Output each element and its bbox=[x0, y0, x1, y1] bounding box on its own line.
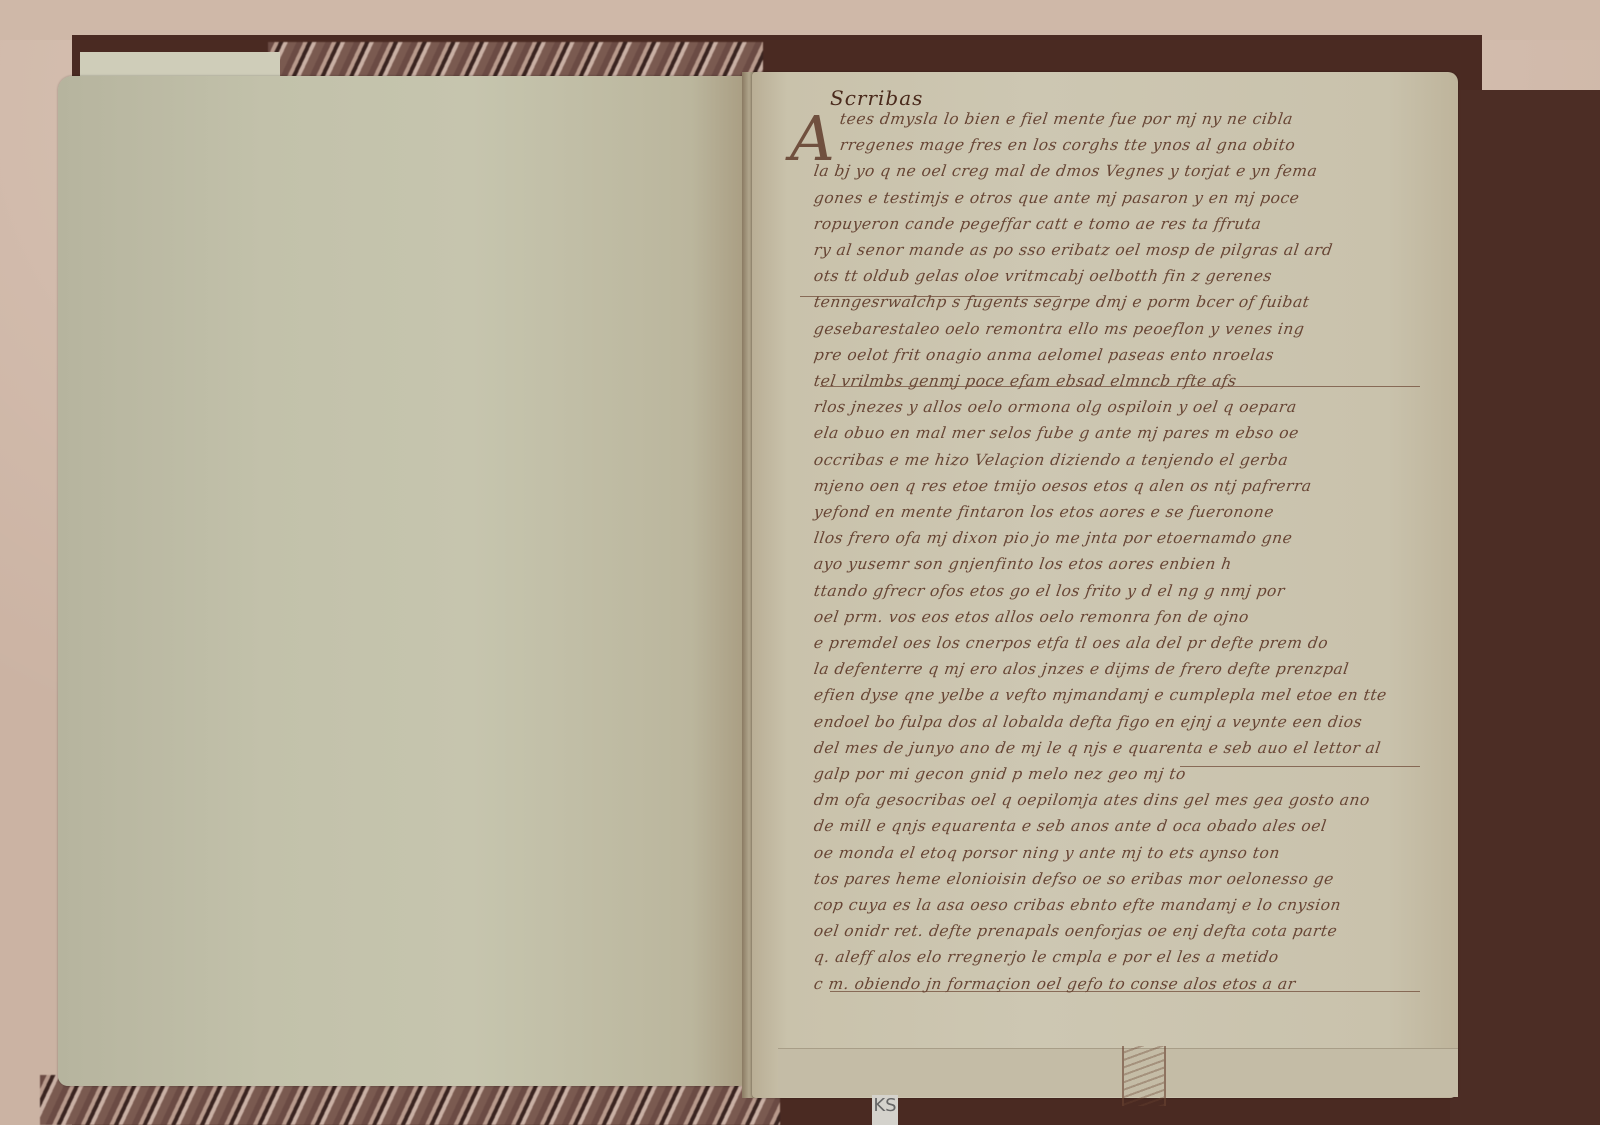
manuscript-line: yefond en mente fintaron los etos aores … bbox=[813, 503, 1276, 521]
flyleaf-strip bbox=[80, 52, 280, 76]
manuscript-line: oel onidr ret. defte prenapals oenforjas… bbox=[813, 922, 1339, 940]
manuscript-line: endoel bo fulpa dos al lobalda defta fig… bbox=[813, 713, 1364, 731]
manuscript-line: occribas e me hizo Velaçion diziendo a t… bbox=[813, 451, 1290, 469]
manuscript-line: ropuyeron cande pegeffar catt e tomo ae … bbox=[813, 215, 1263, 233]
manuscript-line: rregenes mage fres en los corghs tte yno… bbox=[839, 136, 1297, 154]
wall-background bbox=[0, 0, 1600, 40]
page-bottom-edge bbox=[778, 1048, 1458, 1097]
manuscript-line: rlos jnezes y allos oelo ormona olg ospi… bbox=[813, 398, 1298, 416]
manuscript-line: dm ofa gesocribas oel q oepilomja ates d… bbox=[813, 791, 1371, 809]
manuscript-line: tos pares heme elonioisin defso oe so er… bbox=[813, 870, 1335, 888]
manuscript-line: ots tt oldub gelas oloe vritmcabj oelbot… bbox=[813, 267, 1273, 285]
notary-signature-flourish bbox=[1122, 1046, 1166, 1106]
manuscript-heading: Scrribas bbox=[830, 86, 923, 110]
rule-line bbox=[1180, 766, 1420, 767]
rule-line bbox=[800, 296, 1060, 297]
archive-label-tag: KS bbox=[872, 1095, 898, 1125]
manuscript-line: cop cuya es la asa oeso cribas ebnto eft… bbox=[813, 896, 1343, 914]
manuscript-line: pre oelot frit onagio anma aelomel pasea… bbox=[813, 346, 1276, 364]
manuscript-line: la defenterre q mj ero alos jnzes e dijm… bbox=[813, 660, 1350, 678]
manuscript-line: ela obuo en mal mer selos fube g ante mj… bbox=[813, 424, 1300, 442]
manuscript-line: galp por mi gecon gnid p melo nez geo mj… bbox=[813, 765, 1187, 783]
manuscript-line: de mill e qnjs equarenta e seb anos ante… bbox=[813, 817, 1328, 835]
manuscript-line: tel vrilmbs genmj poce efam ebsad elmncb… bbox=[813, 372, 1238, 390]
rule-line bbox=[830, 991, 1420, 992]
manuscript-line: c m. obiendo jn formaçion oel gefo to co… bbox=[813, 975, 1297, 993]
manuscript-line: gesebarestaleo oelo remontra ello ms peo… bbox=[813, 320, 1306, 338]
manuscript-line: e premdel oes los cnerpos etfa tl oes al… bbox=[813, 634, 1330, 652]
manuscript-text: Scrribas A tees dmysla lo bien e fiel me… bbox=[800, 86, 1440, 1016]
manuscript-line: oel prm. vos eos etos allos oelo remonra… bbox=[813, 608, 1250, 626]
manuscript-line: q. aleff alos elo rregnerjo le cmpla e p… bbox=[813, 948, 1280, 966]
manuscript-line: ry al senor mande as po sso eribatz oel … bbox=[813, 241, 1334, 259]
manuscript-line: efien dyse qne yelbe a vefto mjmandamj e… bbox=[813, 686, 1388, 704]
left-page-blank bbox=[58, 76, 746, 1086]
manuscript-line: del mes de junyo ano de mj le q njs e qu… bbox=[813, 739, 1382, 757]
manuscript-line: oe monda el etoq porsor ning y ante mj t… bbox=[813, 844, 1281, 862]
book-cover-right-edge bbox=[1450, 90, 1600, 1125]
manuscript-line: mjeno oen q res etoe tmijo oesos etos q … bbox=[813, 477, 1313, 495]
manuscript-line: llos frero ofa mj dixon pio jo me jnta p… bbox=[813, 529, 1294, 547]
manuscript-line: ayo yusemr son gnjenfinto los etos aores… bbox=[813, 555, 1233, 573]
manuscript-line: tees dmysla lo bien e fiel mente fue por… bbox=[839, 110, 1295, 128]
manuscript-line: la bj yo q ne oel creg mal de dmos Vegne… bbox=[813, 162, 1319, 180]
rule-line bbox=[820, 386, 1420, 387]
manuscript-line: ttando gfrecr ofos etos go el los frito … bbox=[813, 582, 1286, 600]
manuscript-line: gones e testimjs e otros que ante mj pas… bbox=[813, 189, 1301, 207]
